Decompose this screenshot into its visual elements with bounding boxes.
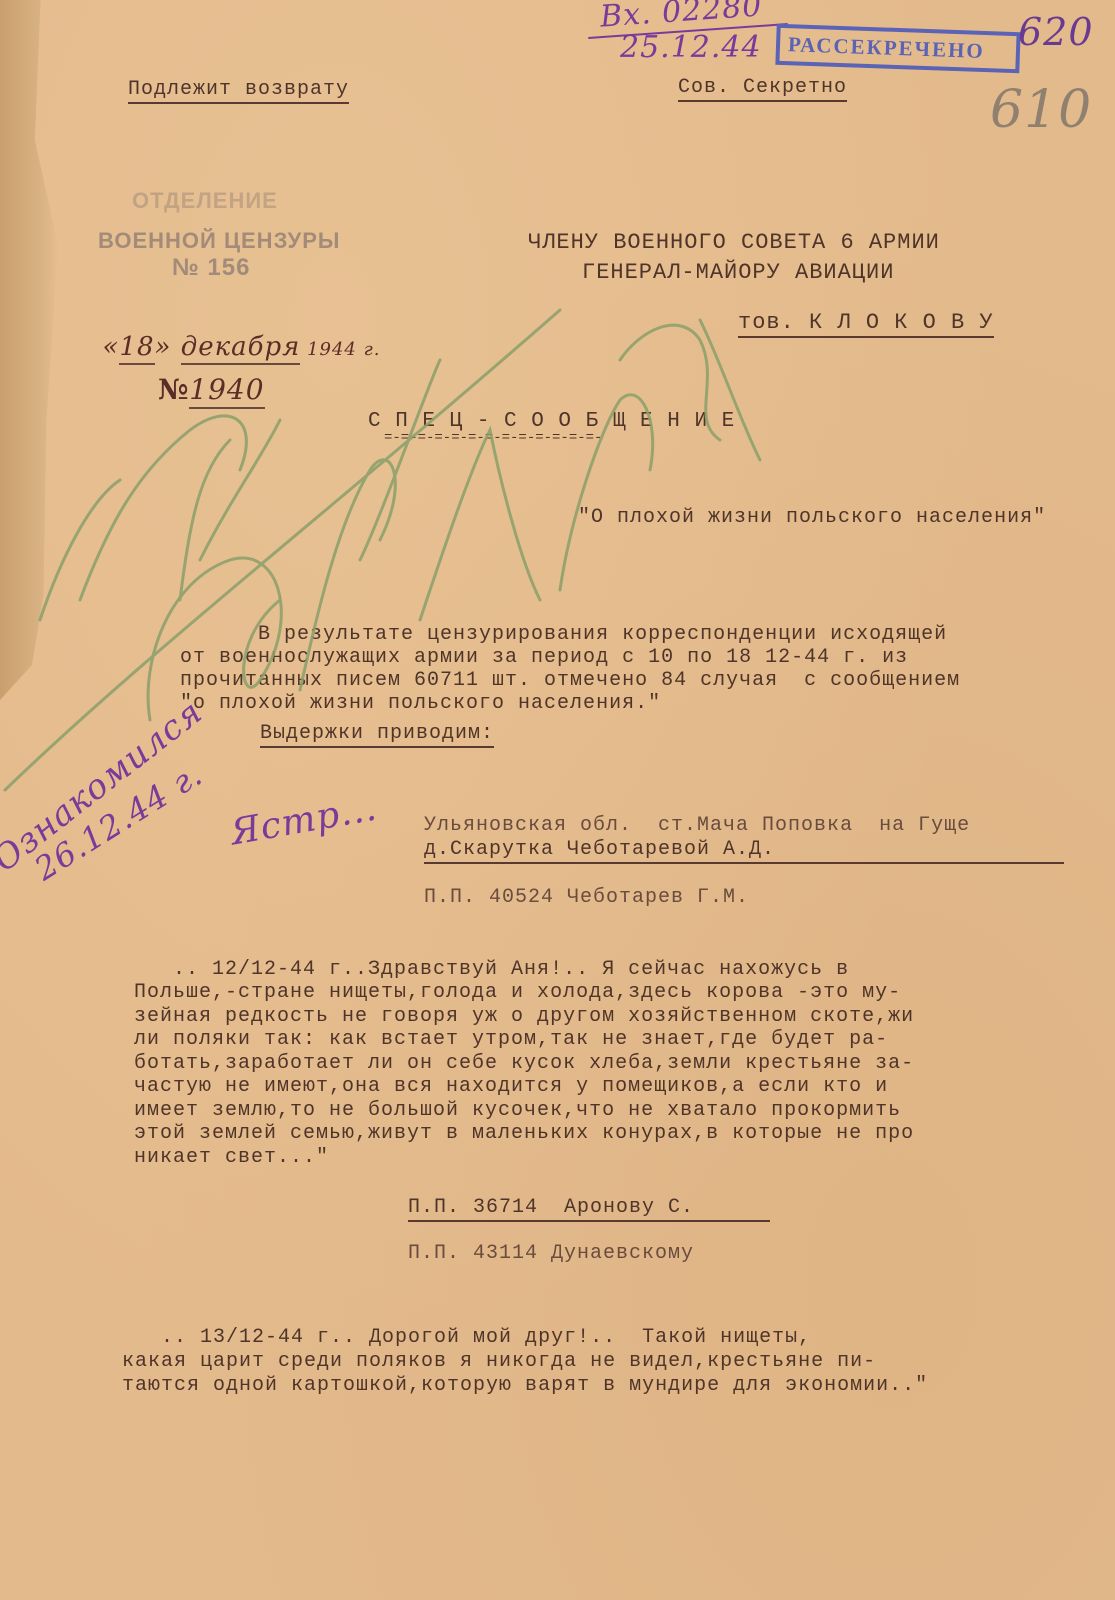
incoming-date: 25.12.44 <box>620 30 762 65</box>
sheet-number-pencil: 610 <box>990 80 1092 140</box>
excerpt-line: .. 12/12-44 г..Здравствуй Аня!.. Я сейча… <box>134 958 914 982</box>
return-note: Подлежит возврату <box>128 78 349 104</box>
subject-line: "О плохой жизни польского населения" <box>578 506 1046 529</box>
excerpt-line: .. 13/12-44 г.. Дорогой мой друг!.. Тако… <box>122 1326 928 1350</box>
excerpts-label: Выдержки приводим: <box>260 722 494 748</box>
excerpt1-address-line1: Ульяновская обл. ст.Мача Поповка на Гуще <box>424 814 970 837</box>
body-line: от военнослужащих армии за период с 10 п… <box>180 646 960 669</box>
excerpt2-address: П.П. 36714 Аронову С. <box>408 1196 770 1222</box>
sheet-number-ink: 620 <box>1018 10 1094 54</box>
doc-number-prefix: № <box>158 373 189 406</box>
stamp-line1: ОТДЕЛЕНИЕ <box>132 188 278 214</box>
excerpt-line: этой землей семью,живут в маленьких кону… <box>134 1122 914 1146</box>
classification: Сов. Секретно <box>678 76 847 102</box>
doc-number-line: №1940 <box>138 340 265 406</box>
addressee-line2: ГЕНЕРАЛ-МАЙОРУ АВИАЦИИ <box>582 260 894 285</box>
body-paragraph: В результате цензурирования корреспонден… <box>180 600 960 738</box>
excerpt1-text: .. 12/12-44 г..Здравствуй Аня!.. Я сейча… <box>134 934 914 1193</box>
doc-number: 1940 <box>189 373 264 409</box>
excerpt2-sender: П.П. 43114 Дунаевскому <box>408 1242 694 1265</box>
excerpt-line: никает свет..." <box>134 1146 914 1170</box>
excerpt-line: ли поляки так: как встает утром,так не з… <box>134 1028 914 1052</box>
date-year: 1944 г. <box>307 339 380 360</box>
excerpt-line: какая царит среди поляков я никогда не в… <box>122 1350 928 1374</box>
addressee-line3: тов. К Л О К О В У <box>738 310 994 338</box>
body-line: прочитанных писем 60711 шт. отмечено 84 … <box>180 669 960 692</box>
declassified-stamp: РАССЕКРЕЧЕНО <box>775 24 1020 73</box>
body-line: "о плохой жизни польского населения." <box>180 692 960 715</box>
excerpt-line: ботать,заработает ли он себе кусок хлеба… <box>134 1052 914 1076</box>
addressee-line1: ЧЛЕНУ ВОЕННОГО СОВЕТА 6 АРМИИ <box>528 230 940 255</box>
excerpt1-sender: П.П. 40524 Чеботарев Г.М. <box>424 886 749 909</box>
excerpt-line: имеет землю,то не большой кусочек,что не… <box>134 1099 914 1123</box>
stamp-number: № 156 <box>172 254 250 282</box>
stamp-line2: ВОЕННОЙ ЦЕНЗУРЫ <box>98 228 340 254</box>
excerpt-line: таются одной картошкой,которую варят в м… <box>122 1374 928 1398</box>
excerpt-line: частую не имеют,она вся находится у поме… <box>134 1075 914 1099</box>
green-pencil-text: Генерал Пронин ... <box>40 560 69 561</box>
body-line: В результате цензурирования корреспонден… <box>180 623 960 646</box>
excerpt1-address-line2: д.Скарутка Чеботаревой А.Д. <box>424 838 1064 864</box>
excerpt-line: зейная редкость не говоря уж о другом хо… <box>134 1005 914 1029</box>
excerpt2-text: .. 13/12-44 г.. Дорогой мой друг!.. Тако… <box>122 1302 928 1422</box>
excerpt-line: Польше,-стране нищеты,голода и холода,зд… <box>134 981 914 1005</box>
title-underline: =-=-=-=-=-=-=-=-=-=-=-=-=- <box>384 430 602 446</box>
